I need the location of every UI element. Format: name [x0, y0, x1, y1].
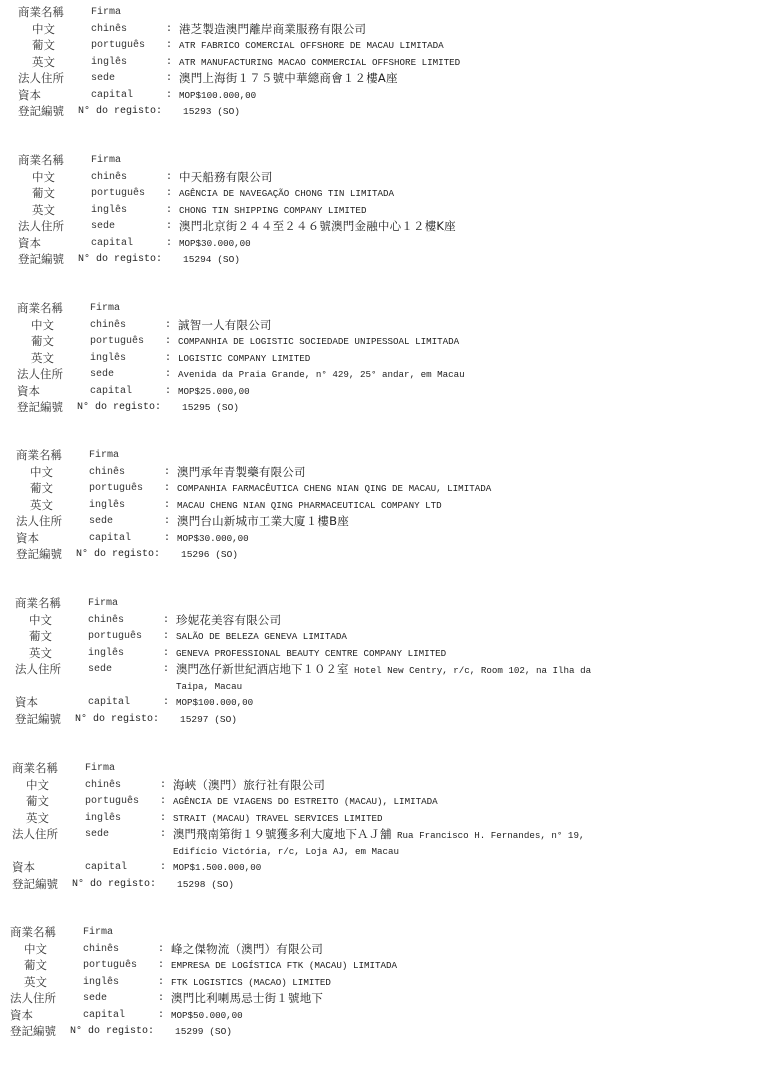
colon: :: [164, 481, 170, 496]
chines-label-cn: 中文: [29, 612, 52, 628]
registo-label-pt: N° do registo:: [70, 1024, 154, 1039]
capital-value: MOP$100.000,00: [176, 695, 253, 710]
ingles-value: FTK LOGISTICS (MACAO) LIMITED: [171, 975, 331, 990]
chines-label-pt: chinês: [90, 318, 126, 333]
sede-value-latin: Rua Francisco H. Fernandes, n° 19,: [397, 830, 584, 841]
sede-value: 澳門上海街１７５號中華總商會１２樓A座: [179, 70, 398, 86]
chines-value: 港芝製造澳門離岸商業服務有限公司: [179, 21, 366, 37]
portugues-value: ATR FABRICO COMERCIAL OFFSHORE DE MACAU …: [179, 38, 444, 53]
sede-label-cn: 法人住所: [18, 70, 64, 86]
sede-value: 澳門氹仔新世紀酒店地下１０２室 Hotel New Centry, r/c, R…: [176, 662, 591, 678]
capital-label-pt: capital: [91, 236, 133, 251]
ingles-label-pt: inglês: [91, 55, 127, 70]
chines-value: 珍妮花美容有限公司: [176, 612, 281, 628]
sede-label-cn: 法人住所: [12, 826, 58, 842]
capital-label-cn: 資本: [12, 859, 35, 875]
registo-value: 15296 (SO): [181, 547, 238, 562]
colon: :: [158, 1008, 164, 1023]
ingles-label-cn: 英文: [30, 497, 53, 513]
registo-label-pt: N° do registo:: [78, 104, 162, 119]
registo-label-pt: N° do registo:: [75, 712, 159, 727]
firma-label-cn: 商業名稱: [10, 924, 56, 940]
ingles-label-pt: inglês: [85, 811, 121, 826]
capital-label-pt: capital: [85, 860, 127, 875]
sede-label-pt: sede: [85, 827, 109, 842]
capital-value: MOP$50.000,00: [171, 1008, 243, 1023]
registo-value: 15297 (SO): [180, 712, 237, 727]
sede-label-pt: sede: [89, 514, 113, 529]
firma-label-cn: 商業名稱: [18, 152, 64, 168]
capital-label-cn: 資本: [18, 87, 41, 103]
colon: :: [166, 88, 172, 103]
chines-value: 誠智一人有限公司: [178, 317, 272, 333]
ingles-value: MACAU CHENG NIAN QING PHARMACEUTICAL COM…: [177, 498, 442, 513]
portugues-label-pt: português: [83, 958, 137, 973]
capital-label-cn: 資本: [18, 235, 41, 251]
capital-value: MOP$1.500.000,00: [173, 860, 261, 875]
portugues-label-pt: português: [91, 38, 145, 53]
ingles-label-pt: inglês: [89, 498, 125, 513]
colon: :: [163, 646, 169, 661]
ingles-label-cn: 英文: [24, 974, 47, 990]
registo-label-pt: N° do registo:: [77, 400, 161, 415]
chines-label-cn: 中文: [30, 464, 53, 480]
ingles-label-cn: 英文: [29, 645, 52, 661]
registo-value: 15298 (SO): [177, 877, 234, 892]
sede-value-continuation: Taipa, Macau: [176, 679, 242, 694]
colon: :: [164, 531, 170, 546]
capital-label-cn: 資本: [17, 383, 40, 399]
ingles-value: STRAIT (MACAU) TRAVEL SERVICES LIMITED: [173, 811, 383, 826]
capital-label-pt: capital: [91, 88, 133, 103]
portugues-value: COMPANHIA DE LOGISTIC SOCIEDADE UNIPESSO…: [178, 334, 459, 349]
chines-label-pt: chinês: [83, 942, 119, 957]
chines-value: 澳門承年青製藥有限公司: [177, 464, 306, 480]
sede-label-pt: sede: [90, 367, 114, 382]
sede-label-cn: 法人住所: [10, 990, 56, 1006]
colon: :: [160, 811, 166, 826]
capital-label-pt: capital: [90, 384, 132, 399]
sede-label-pt: sede: [88, 662, 112, 677]
ingles-label-cn: 英文: [32, 202, 55, 218]
registo-value: 15293 (SO): [183, 104, 240, 119]
firma-label-pt: Firma: [83, 925, 113, 940]
firma-label-pt: Firma: [85, 761, 115, 776]
firma-label-cn: 商業名稱: [18, 4, 64, 20]
registo-value: 15295 (SO): [182, 400, 239, 415]
colon: :: [164, 514, 170, 529]
firma-label-pt: Firma: [91, 5, 121, 20]
portugues-value: EMPRESA DE LOGÍSTICA FTK (MACAU) LIMITAD…: [171, 958, 397, 973]
sede-label-pt: sede: [91, 219, 115, 234]
chines-label-cn: 中文: [32, 21, 55, 37]
ingles-label-pt: inglês: [90, 351, 126, 366]
portugues-value: AGÊNCIA DE NAVEGAÇÃO CHONG TIN LIMITADA: [179, 186, 394, 201]
capital-label-cn: 資本: [15, 694, 38, 710]
registo-label-cn: 登記編號: [18, 251, 64, 267]
sede-label-cn: 法人住所: [15, 661, 61, 677]
ingles-value: CHONG TIN SHIPPING COMPANY LIMITED: [179, 203, 366, 218]
sede-label-cn: 法人住所: [16, 513, 62, 529]
colon: :: [166, 219, 172, 234]
chines-label-cn: 中文: [31, 317, 54, 333]
firma-label-pt: Firma: [90, 301, 120, 316]
portugues-value: SALÃO DE BELEZA GENEVA LIMITADA: [176, 629, 347, 644]
firma-label-pt: Firma: [89, 448, 119, 463]
chines-value: 海峽（澳門）旅行社有限公司: [173, 777, 325, 793]
colon: :: [158, 991, 164, 1006]
sede-value-continuation: Edifício Victória, r/c, Loja AJ, em Maca…: [173, 844, 399, 859]
ingles-label-pt: inglês: [88, 646, 124, 661]
colon: :: [160, 794, 166, 809]
ingles-label-cn: 英文: [32, 54, 55, 70]
capital-label-pt: capital: [88, 695, 130, 710]
sede-label-pt: sede: [91, 71, 115, 86]
chines-value: 峰之傑物流（澳門）有限公司: [171, 941, 323, 957]
capital-value: MOP$100.000,00: [179, 88, 256, 103]
registo-label-pt: N° do registo:: [72, 877, 156, 892]
sede-value: 澳門北京街２４４至２４６號澳門金融中心１２樓K座: [179, 218, 456, 234]
ingles-label-pt: inglês: [83, 975, 119, 990]
ingles-label-cn: 英文: [26, 810, 49, 826]
colon: :: [163, 662, 169, 677]
colon: :: [164, 465, 170, 480]
ingles-value: GENEVA PROFESSIONAL BEAUTY CENTRE COMPAN…: [176, 646, 446, 661]
portugues-label-pt: português: [85, 794, 139, 809]
capital-value: MOP$30.000,00: [179, 236, 251, 251]
chines-label-cn: 中文: [26, 777, 49, 793]
colon: :: [165, 334, 171, 349]
capital-value: MOP$30.000,00: [177, 531, 249, 546]
colon: :: [158, 958, 164, 973]
firma-label-cn: 商業名稱: [17, 300, 63, 316]
portugues-label-cn: 葡文: [32, 185, 55, 201]
sede-value-cn: 澳門氹仔新世紀酒店地下１０２室: [176, 662, 349, 676]
sede-label-cn: 法人住所: [17, 366, 63, 382]
registo-label-cn: 登記編號: [10, 1023, 56, 1039]
portugues-label-cn: 葡文: [24, 957, 47, 973]
firma-label-pt: Firma: [88, 596, 118, 611]
registo-label-cn: 登記編號: [16, 546, 62, 562]
colon: :: [160, 778, 166, 793]
chines-label-pt: chinês: [89, 465, 125, 480]
capital-label-pt: capital: [83, 1008, 125, 1023]
ingles-label-pt: inglês: [91, 203, 127, 218]
colon: :: [166, 55, 172, 70]
sede-value-cn: 澳門飛南第街１９號獲多利大廈地下ＡＪ舖: [173, 827, 392, 841]
colon: :: [166, 170, 172, 185]
portugues-label-cn: 葡文: [31, 333, 54, 349]
portugues-value: AGÊNCIA DE VIAGENS DO ESTREITO (MACAU), …: [173, 794, 438, 809]
colon: :: [163, 629, 169, 644]
chines-label-pt: chinês: [91, 170, 127, 185]
colon: :: [160, 827, 166, 842]
portugues-label-pt: português: [89, 481, 143, 496]
sede-label-pt: sede: [83, 991, 107, 1006]
registo-value: 15294 (SO): [183, 252, 240, 267]
sede-value: 澳門台山新城市工業大廈１樓B座: [177, 513, 349, 529]
registo-label-pt: N° do registo:: [76, 547, 160, 562]
sede-value: 澳門比利喇馬忌士街１號地下: [171, 990, 323, 1006]
colon: :: [164, 498, 170, 513]
ingles-label-cn: 英文: [31, 350, 54, 366]
colon: :: [165, 351, 171, 366]
portugues-label-pt: português: [88, 629, 142, 644]
portugues-label-cn: 葡文: [29, 628, 52, 644]
portugues-label-cn: 葡文: [26, 793, 49, 809]
sede-label-cn: 法人住所: [18, 218, 64, 234]
firma-label-cn: 商業名稱: [16, 447, 62, 463]
chines-label-cn: 中文: [32, 169, 55, 185]
colon: :: [165, 318, 171, 333]
sede-value: Avenida da Praia Grande, n° 429, 25° and…: [178, 367, 465, 382]
colon: :: [166, 22, 172, 37]
colon: :: [166, 71, 172, 86]
chines-label-pt: chinês: [91, 22, 127, 37]
registo-label-pt: N° do registo:: [78, 252, 162, 267]
capital-label-cn: 資本: [10, 1007, 33, 1023]
firma-label-pt: Firma: [91, 153, 121, 168]
colon: :: [158, 942, 164, 957]
colon: :: [158, 975, 164, 990]
portugues-label-cn: 葡文: [32, 37, 55, 53]
colon: :: [165, 367, 171, 382]
registo-label-cn: 登記編號: [17, 399, 63, 415]
portugues-label-cn: 葡文: [30, 480, 53, 496]
colon: :: [165, 384, 171, 399]
registo-label-cn: 登記編號: [12, 876, 58, 892]
firma-label-cn: 商業名稱: [12, 760, 58, 776]
colon: :: [160, 860, 166, 875]
registo-value: 15299 (SO): [175, 1024, 232, 1039]
capital-label-pt: capital: [89, 531, 131, 546]
ingles-value: ATR MANUFACTURING MACAO COMMERCIAL OFFSH…: [179, 55, 460, 70]
portugues-value: COMPANHIA FARMACÊUTICA CHENG NIAN QING D…: [177, 481, 491, 496]
registo-label-cn: 登記編號: [18, 103, 64, 119]
chines-label-cn: 中文: [24, 941, 47, 957]
registo-label-cn: 登記編號: [15, 711, 61, 727]
colon: :: [163, 613, 169, 628]
colon: :: [163, 695, 169, 710]
ingles-value: LOGISTIC COMPANY LIMITED: [178, 351, 310, 366]
colon: :: [166, 236, 172, 251]
chines-value: 中天船務有限公司: [179, 169, 273, 185]
firma-label-cn: 商業名稱: [15, 595, 61, 611]
colon: :: [166, 203, 172, 218]
colon: :: [166, 38, 172, 53]
colon: :: [166, 186, 172, 201]
portugues-label-pt: português: [90, 334, 144, 349]
capital-label-cn: 資本: [16, 530, 39, 546]
sede-value-latin: Hotel New Centry, r/c, Room 102, na Ilha…: [354, 665, 591, 676]
capital-value: MOP$25.000,00: [178, 384, 250, 399]
portugues-label-pt: português: [91, 186, 145, 201]
chines-label-pt: chinês: [88, 613, 124, 628]
chines-label-pt: chinês: [85, 778, 121, 793]
sede-value: 澳門飛南第街１９號獲多利大廈地下ＡＪ舖 Rua Francisco H. Fer…: [173, 827, 584, 843]
